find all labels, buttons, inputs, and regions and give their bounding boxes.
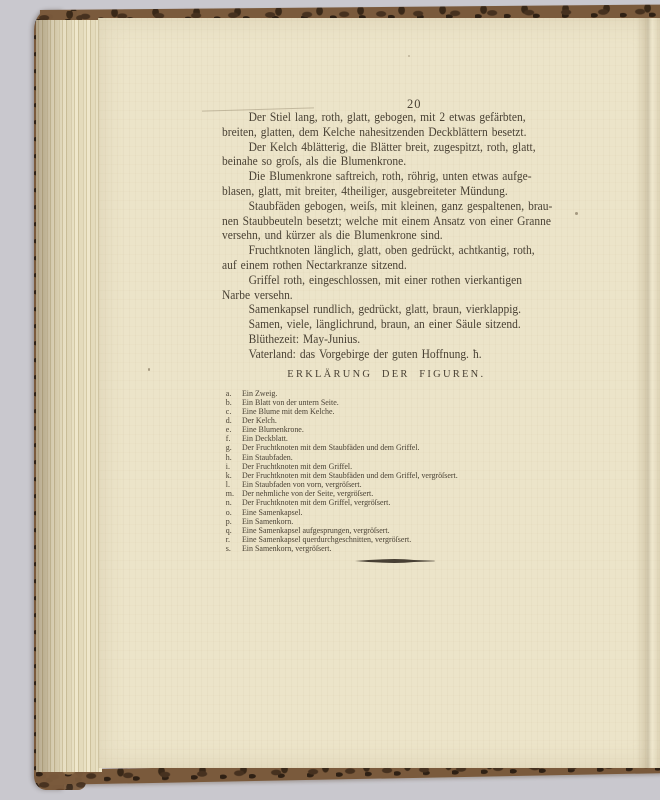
figure-item: f.Ein Deckblatt. [226,434,551,443]
swelled-rule-icon [355,558,435,564]
figure-item: d.Der Kelch. [226,416,551,425]
figure-item-text: Der Fruchtknoten mit dem Griffel. [242,462,352,471]
figure-item-label: d. [226,416,238,425]
figure-item-label: h. [226,453,238,462]
figure-item-text: Eine Samenkapsel aufgesprungen, vergröſs… [242,526,390,535]
figure-item-label: s. [226,544,238,553]
figure-item: l.Ein Staubfaden von vorn, vergröſsert. [226,480,551,489]
figure-item: r.Eine Samenkapsel querdurchgeschnitten,… [226,535,551,544]
figure-item-text: Der nehmliche von der Seite, vergröſsert… [242,489,373,498]
page-edges [36,20,102,772]
figure-item-label: k. [226,471,238,480]
text-line: auf einem rothen Nectarkranze sitzend. [222,258,551,273]
figure-item-label: o. [226,508,238,517]
body-text: Der Stiel lang, roth, glatt, gebogen, mi… [222,110,551,362]
figure-item-text: Ein Samenkorn. [242,517,293,526]
figure-item: q.Eine Samenkapsel aufgesprungen, vergrö… [226,526,551,535]
figure-item-label: e. [226,425,238,434]
text-line: Blüthezeit: May-Junius. [222,332,551,347]
figure-item-label: i. [226,462,238,471]
figure-item: k.Der Fruchtknoten mit dem Staubfäden un… [226,471,551,480]
figure-item: n.Der Fruchtknoten mit dem Griffel, verg… [226,498,551,507]
figure-item-label: f. [226,434,238,443]
figure-item: b.Ein Blatt von der untern Seite. [226,398,551,407]
figure-item-text: Der Fruchtknoten mit dem Staubfäden und … [242,443,420,452]
page-gutter-fold [636,18,660,768]
figure-item-label: g. [226,443,238,452]
figure-item: p.Ein Samenkorn. [226,517,551,526]
figure-item-label: m. [226,489,238,498]
figure-item: g.Der Fruchtknoten mit dem Staubfäden un… [226,443,551,452]
figure-item: i.Der Fruchtknoten mit dem Griffel. [226,462,551,471]
figure-item-text: Ein Staubfaden. [242,453,293,462]
text-line: Staubfäden gebogen, weiſs, mit kleinen, … [222,199,551,214]
text-line: Griffel roth, eingeschlossen, mit einer … [222,273,551,288]
book-photo: 20 Der Stiel lang, roth, glatt, gebogen,… [0,0,660,800]
figure-item-text: Ein Blatt von der untern Seite. [242,398,339,407]
text-line: nen Staubbeuteln besetzt; welche mit ein… [222,214,551,229]
figure-item-label: p. [226,517,238,526]
text-line: Der Stiel lang, roth, glatt, gebogen, mi… [222,110,551,125]
text-line: blasen, glatt, mit breiter, 4theiliger, … [222,184,551,199]
text-line: Samenkapsel rundlich, gedrückt, glatt, b… [222,302,551,317]
text-column: Der Stiel lang, roth, glatt, gebogen, mi… [222,110,551,564]
figure-item-text: Eine Blume mit dem Kelche. [242,407,335,416]
figure-item-text: Ein Samenkorn, vergröſsert. [242,544,332,553]
figure-item-text: Eine Blumenkrone. [242,425,304,434]
figure-item: h.Ein Staubfaden. [226,453,551,462]
figure-item-text: Der Fruchtknoten mit dem Griffel, vergrö… [242,498,390,507]
figure-item-label: n. [226,498,238,507]
figure-item-label: a. [226,389,238,398]
text-line: Der Kelch 4blätterig, die Blätter breit,… [222,140,551,155]
figure-item-text: Eine Samenkapsel. [242,508,303,517]
text-line: Fruchtknoten länglich, glatt, oben gedrü… [222,243,551,258]
text-line: beinahe so groſs, als die Blumenkrone. [222,154,551,169]
figure-item: o.Eine Samenkapsel. [226,508,551,517]
text-line: breiten, glatten, dem Kelche nahesitzend… [222,125,551,140]
figure-item-label: l. [226,480,238,489]
paper-speck [408,55,410,57]
figure-item-text: Ein Zweig. [242,389,277,398]
end-divider-rule [355,558,435,564]
figure-item: c.Eine Blume mit dem Kelche. [226,407,551,416]
figure-item-label: b. [226,398,238,407]
text-line: Narbe versehn. [222,288,551,303]
text-line: Samen, viele, länglichrund, braun, an ei… [222,317,551,332]
figure-item: s.Ein Samenkorn, vergröſsert. [226,544,551,553]
figure-item-text: Ein Staubfaden von vorn, vergröſsert. [242,480,362,489]
figure-item: e.Eine Blumenkrone. [226,425,551,434]
figure-item-text: Der Fruchtknoten mit dem Staubfäden und … [242,471,458,480]
figure-item-text: Der Kelch. [242,416,277,425]
figure-item: a.Ein Zweig. [226,389,551,398]
figure-item: m.Der nehmliche von der Seite, vergröſse… [226,489,551,498]
figure-item-label: r. [226,535,238,544]
figure-item-label: c. [226,407,238,416]
figure-item-text: Eine Samenkapsel querdurchgeschnitten, v… [242,535,411,544]
figure-item-text: Ein Deckblatt. [242,434,288,443]
text-line: versehn, und kürzer als die Blumenkrone … [222,228,551,243]
figures-list: a.Ein Zweig.b.Ein Blatt von der untern S… [226,389,551,554]
paper-speck [148,368,150,371]
figures-heading: ERKLÄRUNG DER FIGUREN. [222,368,551,380]
paper-speck [575,212,578,215]
text-line: Die Blumenkrone saftreich, roth, röhrig,… [222,169,551,184]
text-line: Vaterland: das Vorgebirge der guten Hoff… [222,347,551,362]
figure-item-label: q. [226,526,238,535]
